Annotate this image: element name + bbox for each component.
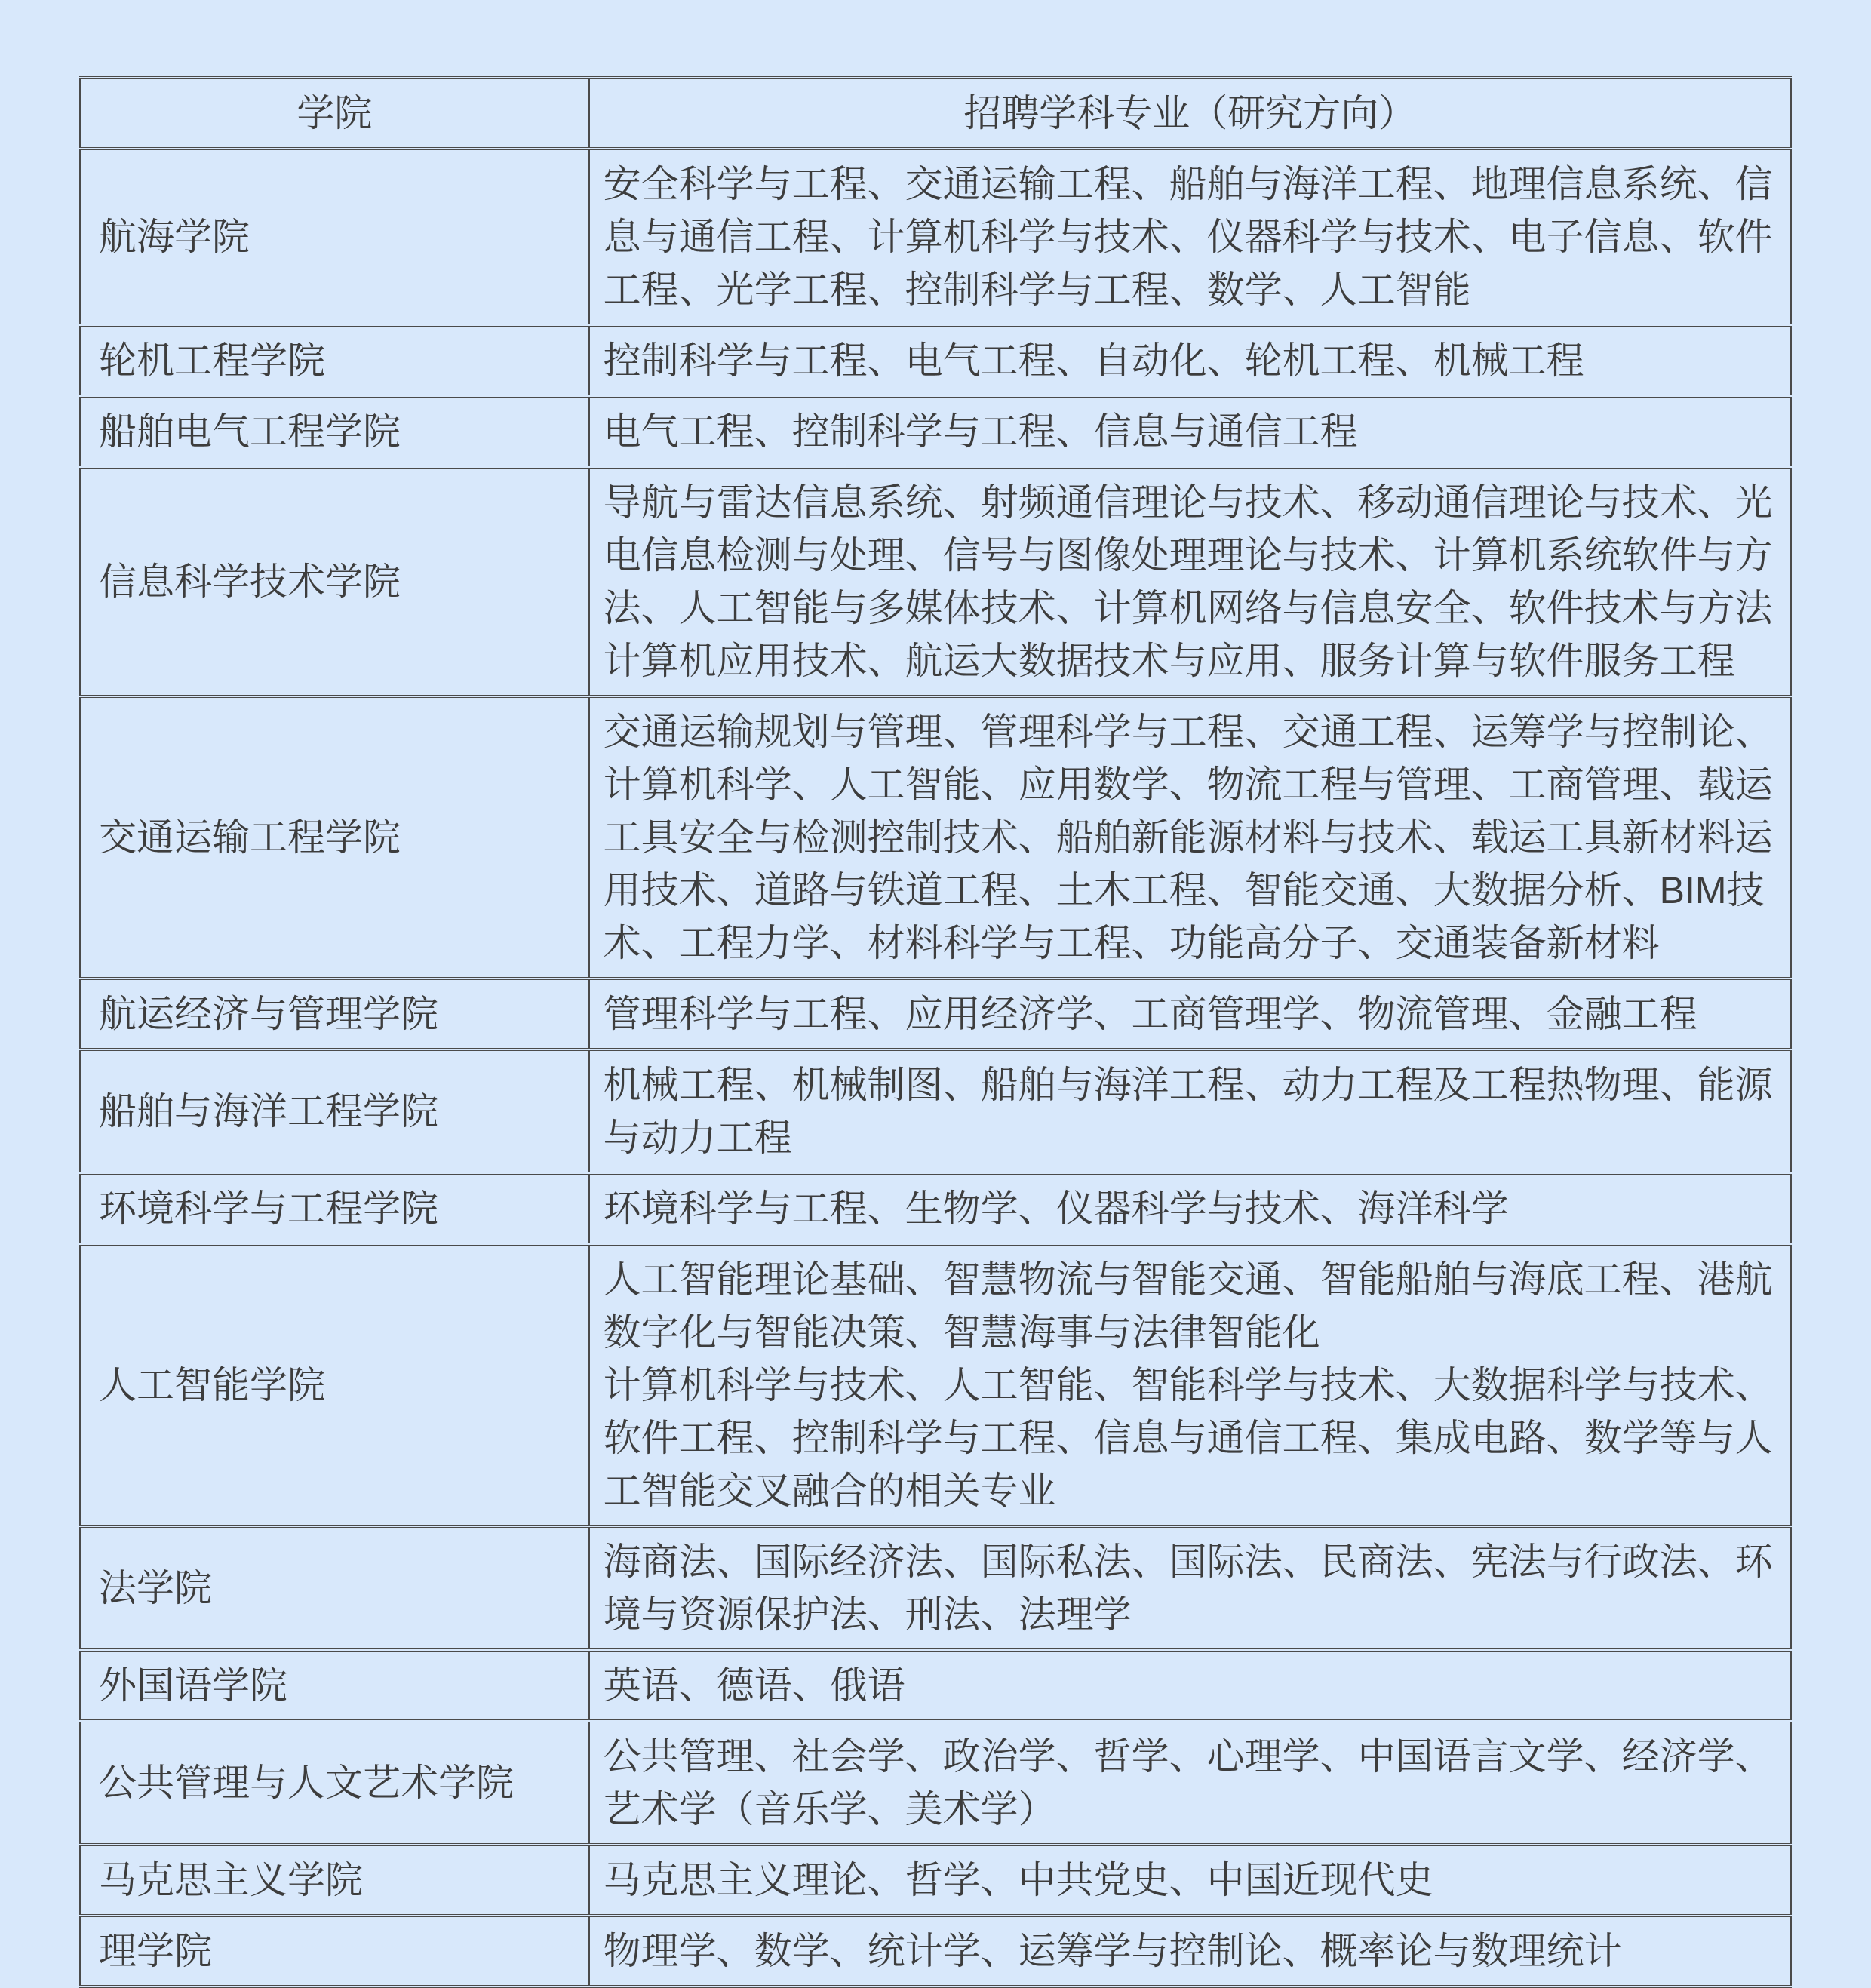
- college-cell: 理学院: [80, 1916, 589, 1986]
- majors-cell: 安全科学与工程、交通运输工程、船舶与海洋工程、地理信息系统、信息与通信工程、计算…: [589, 149, 1791, 325]
- college-cell: 船舶电气工程学院: [80, 396, 589, 467]
- table-row: 环境科学与工程学院 环境科学与工程、生物学、仪器科学与技术、海洋科学: [80, 1173, 1791, 1244]
- table-row: 信息科学技术学院 导航与雷达信息系统、射频通信理论与技术、移动通信理论与技术、光…: [80, 467, 1791, 696]
- college-cell: 人工智能学院: [80, 1244, 589, 1526]
- table-row: 外国语学院 英语、德语、俄语: [80, 1650, 1791, 1721]
- majors-cell: 物理学、数学、统计学、运筹学与控制论、概率论与数理统计: [589, 1916, 1791, 1986]
- table-row: 船舶电气工程学院 电气工程、控制科学与工程、信息与通信工程: [80, 396, 1791, 467]
- majors-cell: 机械工程、机械制图、船舶与海洋工程、动力工程及工程热物理、能源与动力工程: [589, 1049, 1791, 1173]
- header-college: 学院: [80, 78, 589, 149]
- college-cell: 法学院: [80, 1526, 589, 1650]
- table-row: 马克思主义学院 马克思主义理论、哲学、中共党史、中国近现代史: [80, 1845, 1791, 1916]
- college-cell: 船舶与海洋工程学院: [80, 1049, 589, 1173]
- table-row: 船舶与海洋工程学院 机械工程、机械制图、船舶与海洋工程、动力工程及工程热物理、能…: [80, 1049, 1791, 1173]
- college-cell: 交通运输工程学院: [80, 696, 589, 979]
- table-row: 公共管理与人文艺术学院 公共管理、社会学、政治学、哲学、心理学、中国语言文学、经…: [80, 1721, 1791, 1845]
- table-row: 交通运输工程学院 交通运输规划与管理、管理科学与工程、交通工程、运筹学与控制论、…: [80, 696, 1791, 979]
- header-majors: 招聘学科专业（研究方向）: [589, 78, 1791, 149]
- majors-cell: 电气工程、控制科学与工程、信息与通信工程: [589, 396, 1791, 467]
- majors-cell: 管理科学与工程、应用经济学、工商管理学、物流管理、金融工程: [589, 979, 1791, 1049]
- majors-cell: 导航与雷达信息系统、射频通信理论与技术、移动通信理论与技术、光电信息检测与处理、…: [589, 467, 1791, 696]
- majors-cell: 控制科学与工程、电气工程、自动化、轮机工程、机械工程: [589, 325, 1791, 396]
- table-row: 法学院 海商法、国际经济法、国际私法、国际法、民商法、宪法与行政法、环境与资源保…: [80, 1526, 1791, 1650]
- majors-cell: 公共管理、社会学、政治学、哲学、心理学、中国语言文学、经济学、艺术学（音乐学、美…: [589, 1721, 1791, 1845]
- majors-cell: 英语、德语、俄语: [589, 1650, 1791, 1721]
- college-cell: 航运经济与管理学院: [80, 979, 589, 1049]
- header-row: 学院 招聘学科专业（研究方向）: [80, 78, 1791, 149]
- college-cell: 马克思主义学院: [80, 1845, 589, 1916]
- college-cell: 轮机工程学院: [80, 325, 589, 396]
- table-row: 理学院 物理学、数学、统计学、运筹学与控制论、概率论与数理统计: [80, 1916, 1791, 1986]
- table-row: 航海学院 安全科学与工程、交通运输工程、船舶与海洋工程、地理信息系统、信息与通信…: [80, 149, 1791, 325]
- college-cell: 航海学院: [80, 149, 589, 325]
- table-row: 人工智能学院 人工智能理论基础、智慧物流与智能交通、智能船舶与海底工程、港航数字…: [80, 1244, 1791, 1526]
- college-cell: 环境科学与工程学院: [80, 1173, 589, 1244]
- majors-cell: 人工智能理论基础、智慧物流与智能交通、智能船舶与海底工程、港航数字化与智能决策、…: [589, 1244, 1791, 1526]
- majors-cell: 海商法、国际经济法、国际私法、国际法、民商法、宪法与行政法、环境与资源保护法、刑…: [589, 1526, 1791, 1650]
- college-cell: 外国语学院: [80, 1650, 589, 1721]
- majors-cell: 环境科学与工程、生物学、仪器科学与技术、海洋科学: [589, 1173, 1791, 1244]
- majors-cell: 交通运输规划与管理、管理科学与工程、交通工程、运筹学与控制论、计算机科学、人工智…: [589, 696, 1791, 979]
- college-cell: 公共管理与人文艺术学院: [80, 1721, 589, 1845]
- majors-cell: 马克思主义理论、哲学、中共党史、中国近现代史: [589, 1845, 1791, 1916]
- college-cell: 信息科学技术学院: [80, 467, 589, 696]
- table-row: 航运经济与管理学院 管理科学与工程、应用经济学、工商管理学、物流管理、金融工程: [80, 979, 1791, 1049]
- recruitment-table: 学院 招聘学科专业（研究方向） 航海学院 安全科学与工程、交通运输工程、船舶与海…: [79, 76, 1792, 1988]
- table-row: 轮机工程学院 控制科学与工程、电气工程、自动化、轮机工程、机械工程: [80, 325, 1791, 396]
